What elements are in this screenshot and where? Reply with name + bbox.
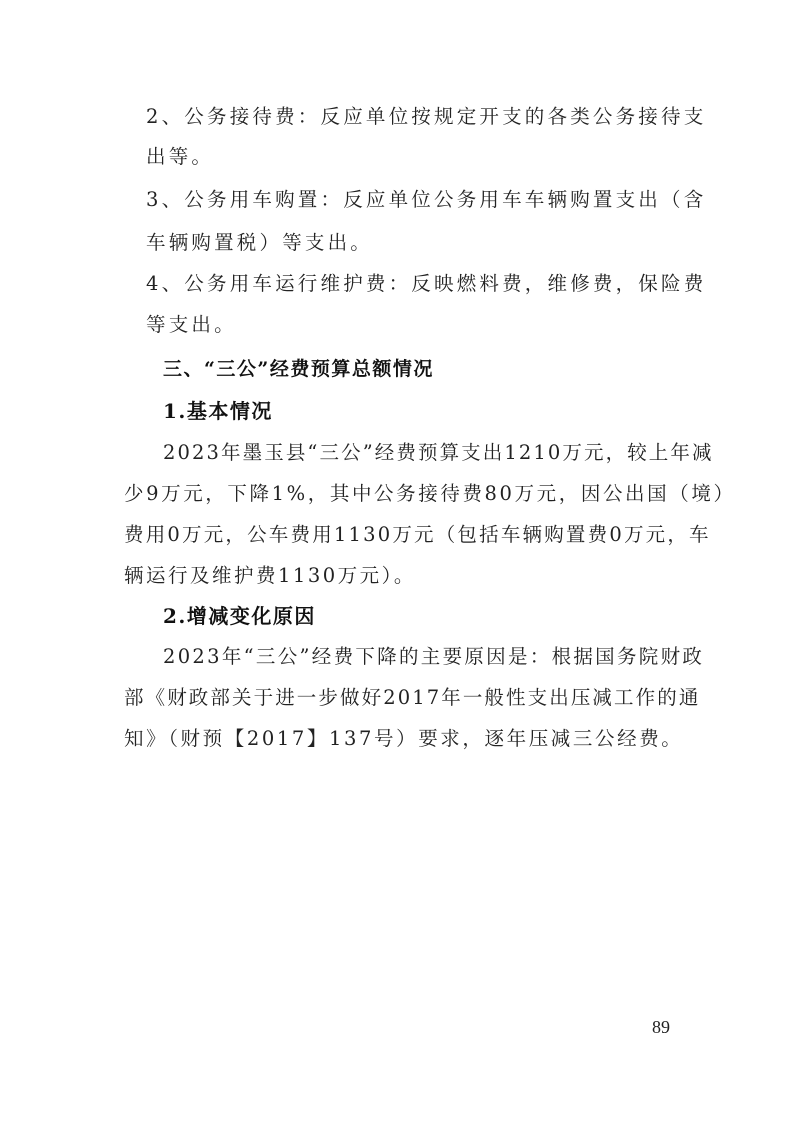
item-4-line-1: 4、公务用车运行维护费：反映燃料费，维修费，保险费 bbox=[146, 270, 706, 298]
subsection-1-line-4: 辆运行及维护费1130万元）。 bbox=[124, 562, 416, 590]
item-2-line-1: 2、公务接待费：反应单位按规定开支的各类公务接待支 bbox=[146, 103, 706, 131]
subsection-1-line-2: 少9万元，下降1%，其中公务接待费80万元，因公出国（境） bbox=[124, 480, 736, 508]
item-3-line-1: 3、公务用车购置：反应单位公务用车车辆购置支出（含 bbox=[146, 186, 706, 214]
item-3-line-2: 车辆购置税）等支出。 bbox=[146, 229, 373, 257]
subsection-2-line-2: 部《财政部关于进一步做好2017年一般性支出压减工作的通 bbox=[124, 684, 700, 712]
document-page: 2、公务接待费：反应单位按规定开支的各类公务接待支 出等。 3、公务用车购置：反… bbox=[0, 0, 793, 1122]
subsection-1-line-3: 费用0万元，公车费用1130万元（包括车辆购置费0万元，车 bbox=[124, 521, 711, 549]
item-2-line-2: 出等。 bbox=[146, 143, 214, 171]
page-number: 89 bbox=[652, 1017, 670, 1038]
subsection-2-line-1: 2023年“三公”经费下降的主要原因是：根据国务院财政 bbox=[163, 643, 704, 671]
subsection-2-line-3: 知》（财预【2017】137号）要求，逐年压减三公经费。 bbox=[124, 725, 683, 753]
subsection-1-line-1: 2023年墨玉县“三公”经费预算支出1210万元，较上年减 bbox=[163, 439, 714, 467]
section-heading: 三、“三公”经费预算总额情况 bbox=[163, 355, 434, 383]
item-4-line-2: 等支出。 bbox=[146, 311, 237, 339]
subsection-1-heading: 1.基本情况 bbox=[163, 397, 273, 425]
subsection-2-heading: 2.增减变化原因 bbox=[163, 602, 316, 630]
